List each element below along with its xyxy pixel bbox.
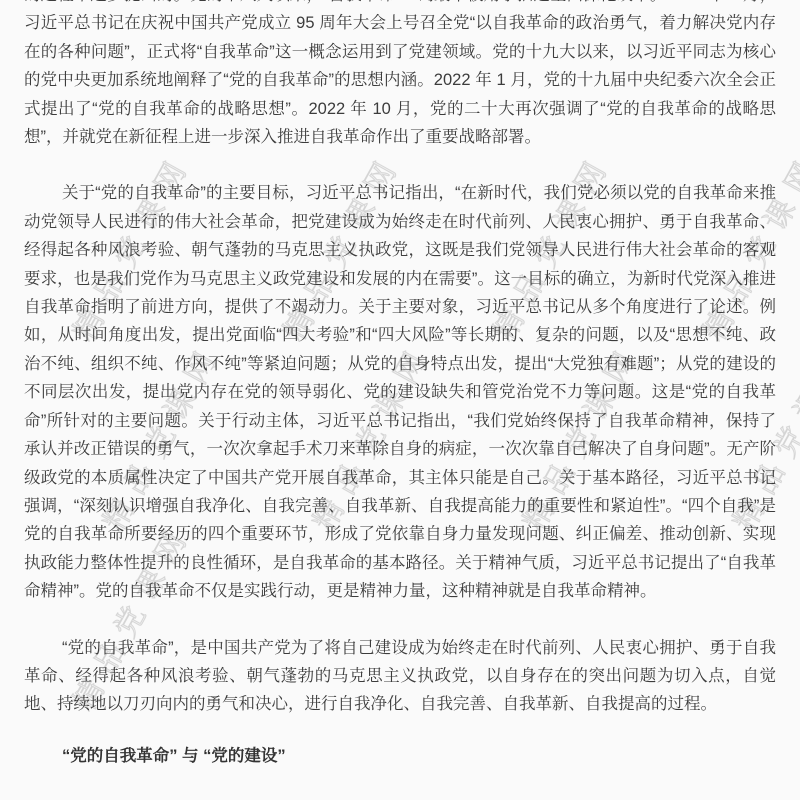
document-page: 精品党课网 精品党课网 精品党课网 精品党课网 精品党课网 精品党课网 精品党课… xyxy=(0,0,800,800)
paragraph-history-of-term: 的过程中逐步提出的。党的十八大以来，“自我革命”一词最早被用于描述全面深化改革。… xyxy=(24,0,776,151)
paragraph-main-goals-and-content: 关于“党的自我革命”的主要目标，习近平总书记指出，“在新时代，我们党必须以党的自… xyxy=(24,179,776,605)
section-heading: “党的自我革命” 与 “党的建设” xyxy=(24,742,776,770)
document-body: 的过程中逐步提出的。党的十八大以来，“自我革命”一词最早被用于描述全面深化改革。… xyxy=(0,0,800,770)
paragraph-definition: “党的自我革命”，是中国共产党为了将自己建设成为始终走在时代前列、人民衷心拥护、… xyxy=(24,634,776,719)
